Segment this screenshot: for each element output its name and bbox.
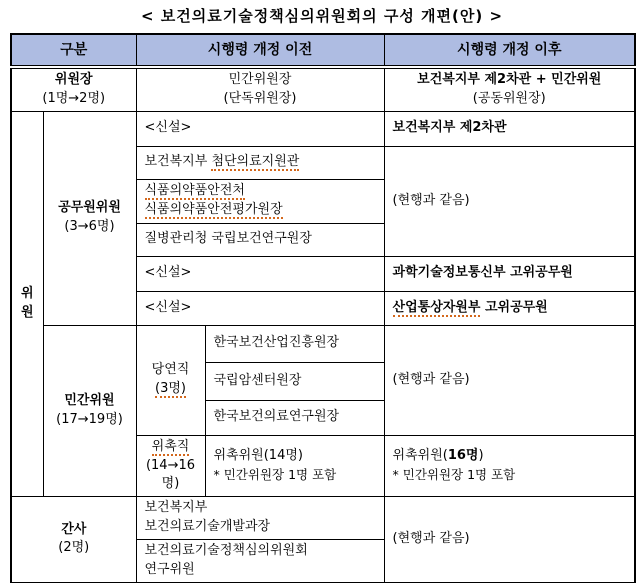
appointed-label: 위촉직 <box>152 439 190 456</box>
secretary-same: (현행과 같음) <box>393 531 470 546</box>
exofficio-label: 당연직 <box>141 361 201 380</box>
cell-chairman-label: 위원장 (1명→2명) <box>11 67 136 111</box>
secretary-count: (2명) <box>16 539 132 558</box>
appointed-count: (14→16명) <box>141 457 201 495</box>
cell-appointed-label: 위촉직 (14→16명) <box>136 435 205 497</box>
official-new-2: <신설> <box>145 265 192 280</box>
cell-private-member-3: 한국보건의료연구원장 <box>205 400 384 435</box>
chairman-after-sub: (공동위원장) <box>389 90 631 109</box>
cell-official-before-3: 식품의약품안전처 식품의약품안전평가원장 <box>136 179 384 223</box>
secretary-before-1-line2: 보건의료기술개발과장 <box>145 518 380 537</box>
cell-official-after-1: 보건복지부 제2차관 <box>384 111 635 146</box>
table-header-row: 구분 시행령 개정 이전 시행령 개정 이후 <box>11 34 635 67</box>
row-chairman: 위원장 (1명→2명) 민간위원장 (단독위원장) 보건복지부 제2차관 + 민… <box>11 67 635 111</box>
cell-official-after-5: 과학기술정보통신부 고위공무원 <box>384 256 635 291</box>
private-count: (17→19명) <box>48 411 132 430</box>
cell-private-member-2: 국립암센터원장 <box>205 362 384 400</box>
row-secretary-1: 간사 (2명) 보건복지부 보건의료기술개발과장 (현행과 같음) <box>11 497 635 540</box>
private-same: (현행과 같음) <box>393 372 470 387</box>
official-same: (현행과 같음) <box>393 193 470 208</box>
official-after-1: 보건복지부 제2차관 <box>393 120 507 135</box>
cell-secretary-label: 간사 (2명) <box>11 497 136 583</box>
appointed-after-suffix: ) <box>478 448 483 463</box>
cell-official-same: (현행과 같음) <box>384 146 635 256</box>
exofficio-count: (3명) <box>155 381 186 398</box>
chairman-after: 보건복지부 제2차관 + 민간위원 <box>389 71 631 90</box>
private-member-1: 한국보건산업진흥원장 <box>214 335 340 350</box>
header-cell-after: 시행령 개정 이후 <box>384 34 635 67</box>
secretary-before-2-line1: 보건의료기술정책심의위원회 <box>145 542 380 561</box>
official-before-2-plain: 보건복지부 <box>145 154 212 169</box>
official-label: 공무원위원 <box>48 199 132 218</box>
private-member-2: 국립암센터원장 <box>214 373 302 388</box>
cell-chairman-before: 민간위원장 (단독위원장) <box>136 67 384 111</box>
chairman-before-sub: (단독위원장) <box>141 90 380 109</box>
chairman-before: 민간위원장 <box>141 71 380 90</box>
header-cell-before: 시행령 개정 이전 <box>136 34 384 67</box>
row-private-1: 민간위원 (17→19명) 당연직 (3명) 한국보건산업진흥원장 (현행과 같… <box>11 325 635 362</box>
cell-official-before-4: 질병관리청 국립보건연구원장 <box>136 223 384 256</box>
cell-private-member-1: 한국보건산업진흥원장 <box>205 325 384 362</box>
chairman-label: 위원장 <box>16 71 132 90</box>
cell-official-before-5: <신설> <box>136 256 384 291</box>
committee-structure-table: 구분 시행령 개정 이전 시행령 개정 이후 위원장 (1명→2명) 민간위원장… <box>10 33 636 583</box>
appointed-before: 위촉위원(14명) <box>214 447 380 466</box>
document-page: < 보건의료기술정책심의위원회의 구성 개편(안) > 구분 시행령 개정 이전… <box>0 0 644 583</box>
official-after-6-plain: 고위공무원 <box>480 300 547 315</box>
official-new-1: <신설> <box>145 120 192 135</box>
official-after-5: 과학기술정보통신부 고위공무원 <box>393 265 573 280</box>
cell-official-label: 공무원위원 (3→6명) <box>43 111 136 325</box>
side-label-char2: 원 <box>16 304 39 323</box>
header-cell-category: 구분 <box>11 34 136 67</box>
secretary-before-2-line2: 연구위원 <box>145 561 380 580</box>
cell-official-before-1: <신설> <box>136 111 384 146</box>
cell-appointed-before: 위촉위원(14명) * 민간위원장 1명 포함 <box>205 435 384 497</box>
cell-secretary-before-2: 보건의료기술정책심의위원회 연구위원 <box>136 539 384 582</box>
appointed-after-bold: 16명 <box>448 448 479 463</box>
chairman-count: (1명→2명) <box>16 90 132 109</box>
official-before-2-marked: 첨단의료지원관 <box>211 154 299 171</box>
cell-official-before-6: <신설> <box>136 291 384 325</box>
cell-official-after-6: 산업통상자원부 고위공무원 <box>384 291 635 325</box>
cell-exofficio-label: 당연직 (3명) <box>136 325 205 435</box>
official-count: (3→6명) <box>48 218 132 237</box>
official-before-4: 질병관리청 국립보건연구원장 <box>145 231 312 246</box>
official-before-3-line1: 식품의약품안전처 <box>145 183 245 200</box>
side-label-char1: 위 <box>16 285 39 304</box>
appointed-after-prefix: 위촉위원( <box>393 448 448 463</box>
cell-appointed-after: 위촉위원(16명) * 민간위원장 1명 포함 <box>384 435 635 497</box>
cell-secretary-same: (현행과 같음) <box>384 497 635 583</box>
private-member-3: 한국보건의료연구원장 <box>214 409 340 424</box>
official-before-3-line2: 식품의약품안전평가원장 <box>145 202 283 219</box>
cell-chairman-after: 보건복지부 제2차관 + 민간위원 (공동위원장) <box>384 67 635 111</box>
row-official-1: 위 원 공무원위원 (3→6명) <신설> 보건복지부 제2차관 <box>11 111 635 146</box>
cell-secretary-before-1: 보건복지부 보건의료기술개발과장 <box>136 497 384 540</box>
cell-private-label: 민간위원 (17→19명) <box>43 325 136 497</box>
cell-members-side-label: 위 원 <box>11 111 43 497</box>
private-label: 민간위원 <box>48 392 132 411</box>
cell-private-same: (현행과 같음) <box>384 325 635 435</box>
official-after-6-marked: 산업통상자원부 <box>393 300 481 317</box>
secretary-label: 간사 <box>16 521 132 540</box>
appointed-after-note: * 민간위원장 1명 포함 <box>393 466 631 484</box>
secretary-before-1-line1: 보건복지부 <box>145 499 380 518</box>
official-new-3: <신설> <box>145 300 192 315</box>
appointed-before-note: * 민간위원장 1명 포함 <box>214 466 380 484</box>
page-title: < 보건의료기술정책심의위원회의 구성 개편(안) > <box>0 0 644 26</box>
cell-official-before-2: 보건복지부 첨단의료지원관 <box>136 146 384 179</box>
